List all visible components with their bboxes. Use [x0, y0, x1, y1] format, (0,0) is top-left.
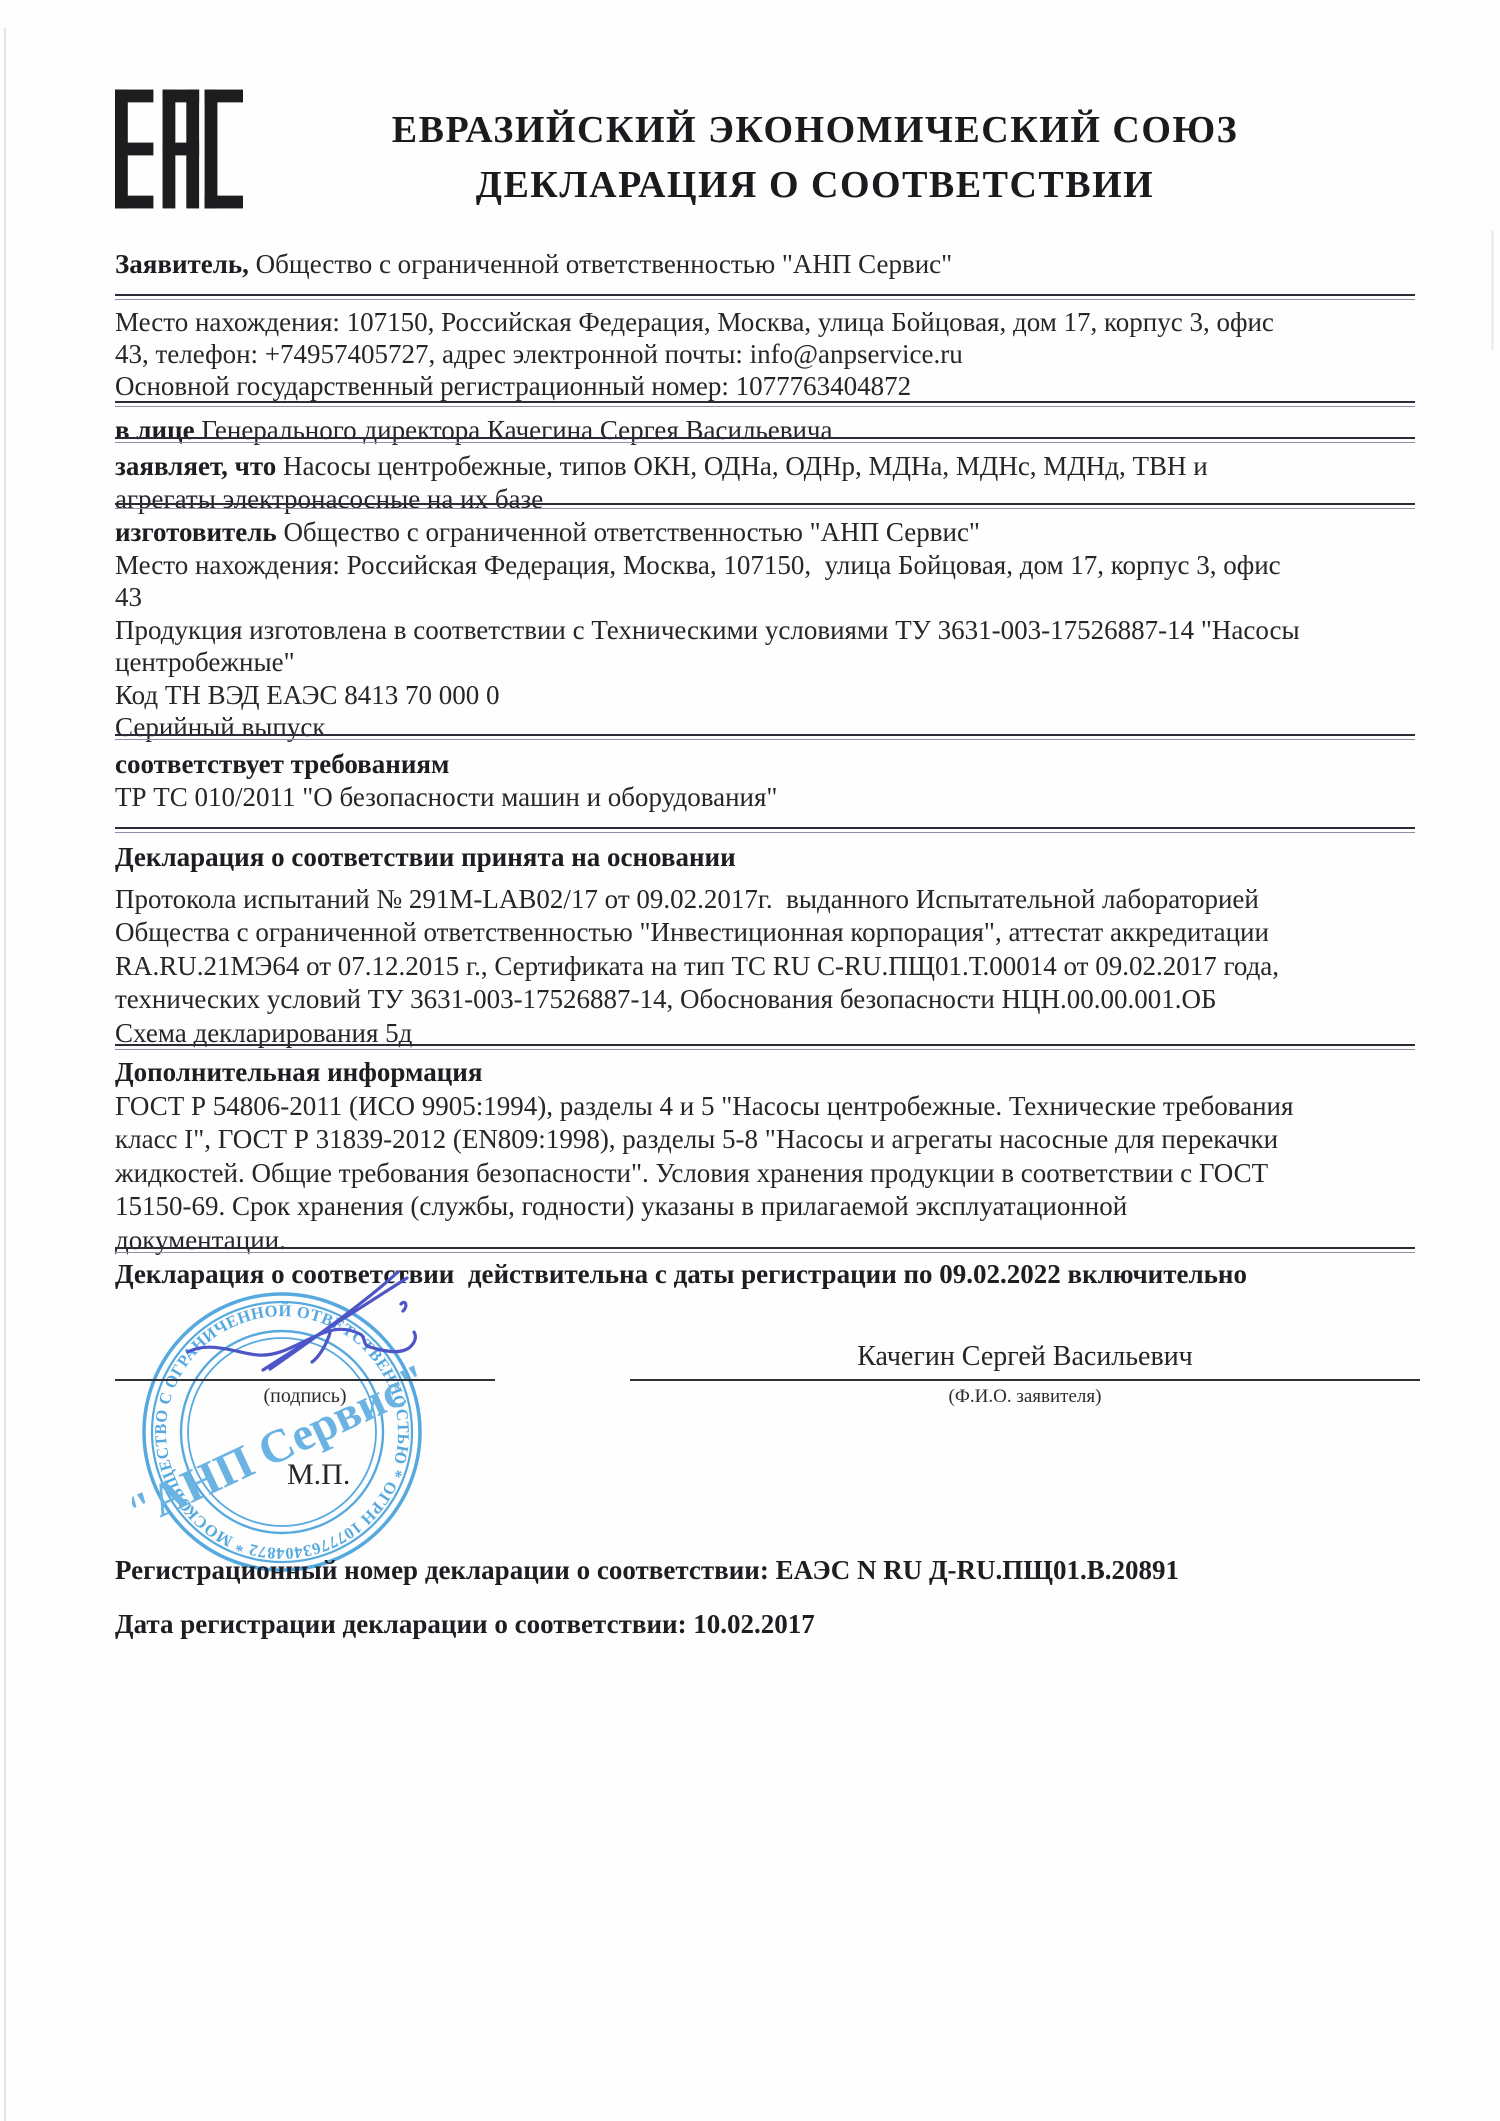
registration-date-line: Дата регистрации декларации о соответств… — [115, 1608, 1415, 1641]
applicant-address-line-2: 43, телефон: +74957405727, адрес электро… — [115, 338, 1415, 371]
applicant-address-line-1: Место нахождения: 107150, Российская Фед… — [115, 306, 1415, 339]
scan-edge-left — [4, 28, 6, 2121]
additional-line-1: ГОСТ Р 54806-2011 (ИСО 9905:1994), разде… — [115, 1090, 1415, 1123]
additional-block: ГОСТ Р 54806-2011 (ИСО 9905:1994), разде… — [115, 1090, 1415, 1257]
applicant-value: Общество с ограниченной ответственностью… — [256, 249, 953, 279]
signature-line-left — [115, 1379, 495, 1381]
signee-caption: (Ф.И.О. заявителя) — [630, 1386, 1420, 1408]
compliance-requirement: ТР ТС 010/2011 "О безопасности машин и о… — [115, 781, 1415, 814]
section-rule-6 — [115, 827, 1415, 833]
tnved-code-line: Код ТН ВЭД ЕАЭС 8413 70 000 0 — [115, 679, 1415, 712]
applicant-label: Заявитель, — [115, 249, 249, 279]
basis-line-1: Протокола испытаний № 291M-LAB02/17 от 0… — [115, 883, 1415, 916]
manufacturer-value: Общество с ограниченной ответственностью… — [283, 517, 980, 547]
additional-line-3: жидкостей. Общие требования безопасности… — [115, 1157, 1415, 1190]
section-rule-1 — [115, 294, 1415, 300]
signature-line-right — [630, 1379, 1420, 1381]
registration-number-line: Регистрационный номер декларации о соотв… — [115, 1554, 1415, 1587]
section-rule-2 — [115, 401, 1415, 407]
basis-heading: Декларация о соответствии принята на осн… — [115, 841, 1415, 874]
declares-line-1: заявляет, что Насосы центробежные, типов… — [115, 450, 1415, 483]
applicant-ogrn-line: Основной государственный регистрационный… — [115, 370, 1415, 403]
basis-line-2: Общества с ограниченной ответственностью… — [115, 916, 1415, 949]
basis-line-4: технических условий ТУ 3631-003-17526887… — [115, 983, 1415, 1016]
compliance-heading: соответствует требованиям — [115, 748, 1415, 781]
section-rule-5 — [115, 734, 1415, 740]
manufacturer-address-line-2: 43 — [115, 581, 1415, 614]
section-rule-7 — [115, 1044, 1415, 1050]
additional-line-4: 15150-69. Срок хранения (службы, годност… — [115, 1190, 1415, 1223]
document-title-line1: ЕВРАЗИЙСКИЙ ЭКОНОМИЧЕСКИЙ СОЮЗ — [215, 103, 1415, 158]
manufacturer-block: изготовитель Общество с ограниченной отв… — [115, 516, 1415, 744]
declares-label: заявляет, что — [115, 451, 276, 481]
signature-caption: (подпись) — [115, 1385, 495, 1408]
applicant-line: Заявитель, Общество с ограниченной ответ… — [115, 248, 1415, 281]
section-rule-8 — [115, 1247, 1415, 1253]
scan-edge-right — [1491, 230, 1494, 350]
additional-heading: Дополнительная информация — [115, 1056, 1415, 1089]
signee-name: Качегин Сергей Васильевич — [630, 1341, 1420, 1373]
manufacturer-line: изготовитель Общество с ограниченной отв… — [115, 516, 1415, 549]
declaration-document: ЕВРАЗИЙСКИЙ ЭКОНОМИЧЕСКИЙ СОЮЗ ДЕКЛАРАЦИ… — [0, 0, 1500, 2121]
production-tu-line-2: центробежные" — [115, 646, 1415, 679]
section-rule-3 — [115, 437, 1415, 443]
basis-block: Протокола испытаний № 291M-LAB02/17 от 0… — [115, 883, 1415, 1050]
stamp-place-label: М.П. — [287, 1458, 407, 1492]
additional-line-2: класс I", ГОСТ Р 31839-2012 (EN809:1998)… — [115, 1123, 1415, 1156]
document-title-line2: ДЕКЛАРАЦИЯ О СООТВЕТСТВИИ — [215, 158, 1415, 213]
declares-value: Насосы центробежные, типов ОКН, ОДНа, ОД… — [283, 451, 1208, 481]
manufacturer-label: изготовитель — [115, 517, 277, 547]
basis-line-3: RA.RU.21МЭ64 от 07.12.2015 г., Сертифика… — [115, 950, 1415, 983]
signature-scribble — [180, 1270, 420, 1380]
production-tu-line-1: Продукция изготовлена в соответствии с Т… — [115, 614, 1415, 647]
declares-line-2: агрегаты электронасосные на их базе — [115, 483, 1415, 516]
section-rule-4 — [115, 503, 1415, 509]
manufacturer-address-line-1: Место нахождения: Российская Федерация, … — [115, 549, 1415, 582]
